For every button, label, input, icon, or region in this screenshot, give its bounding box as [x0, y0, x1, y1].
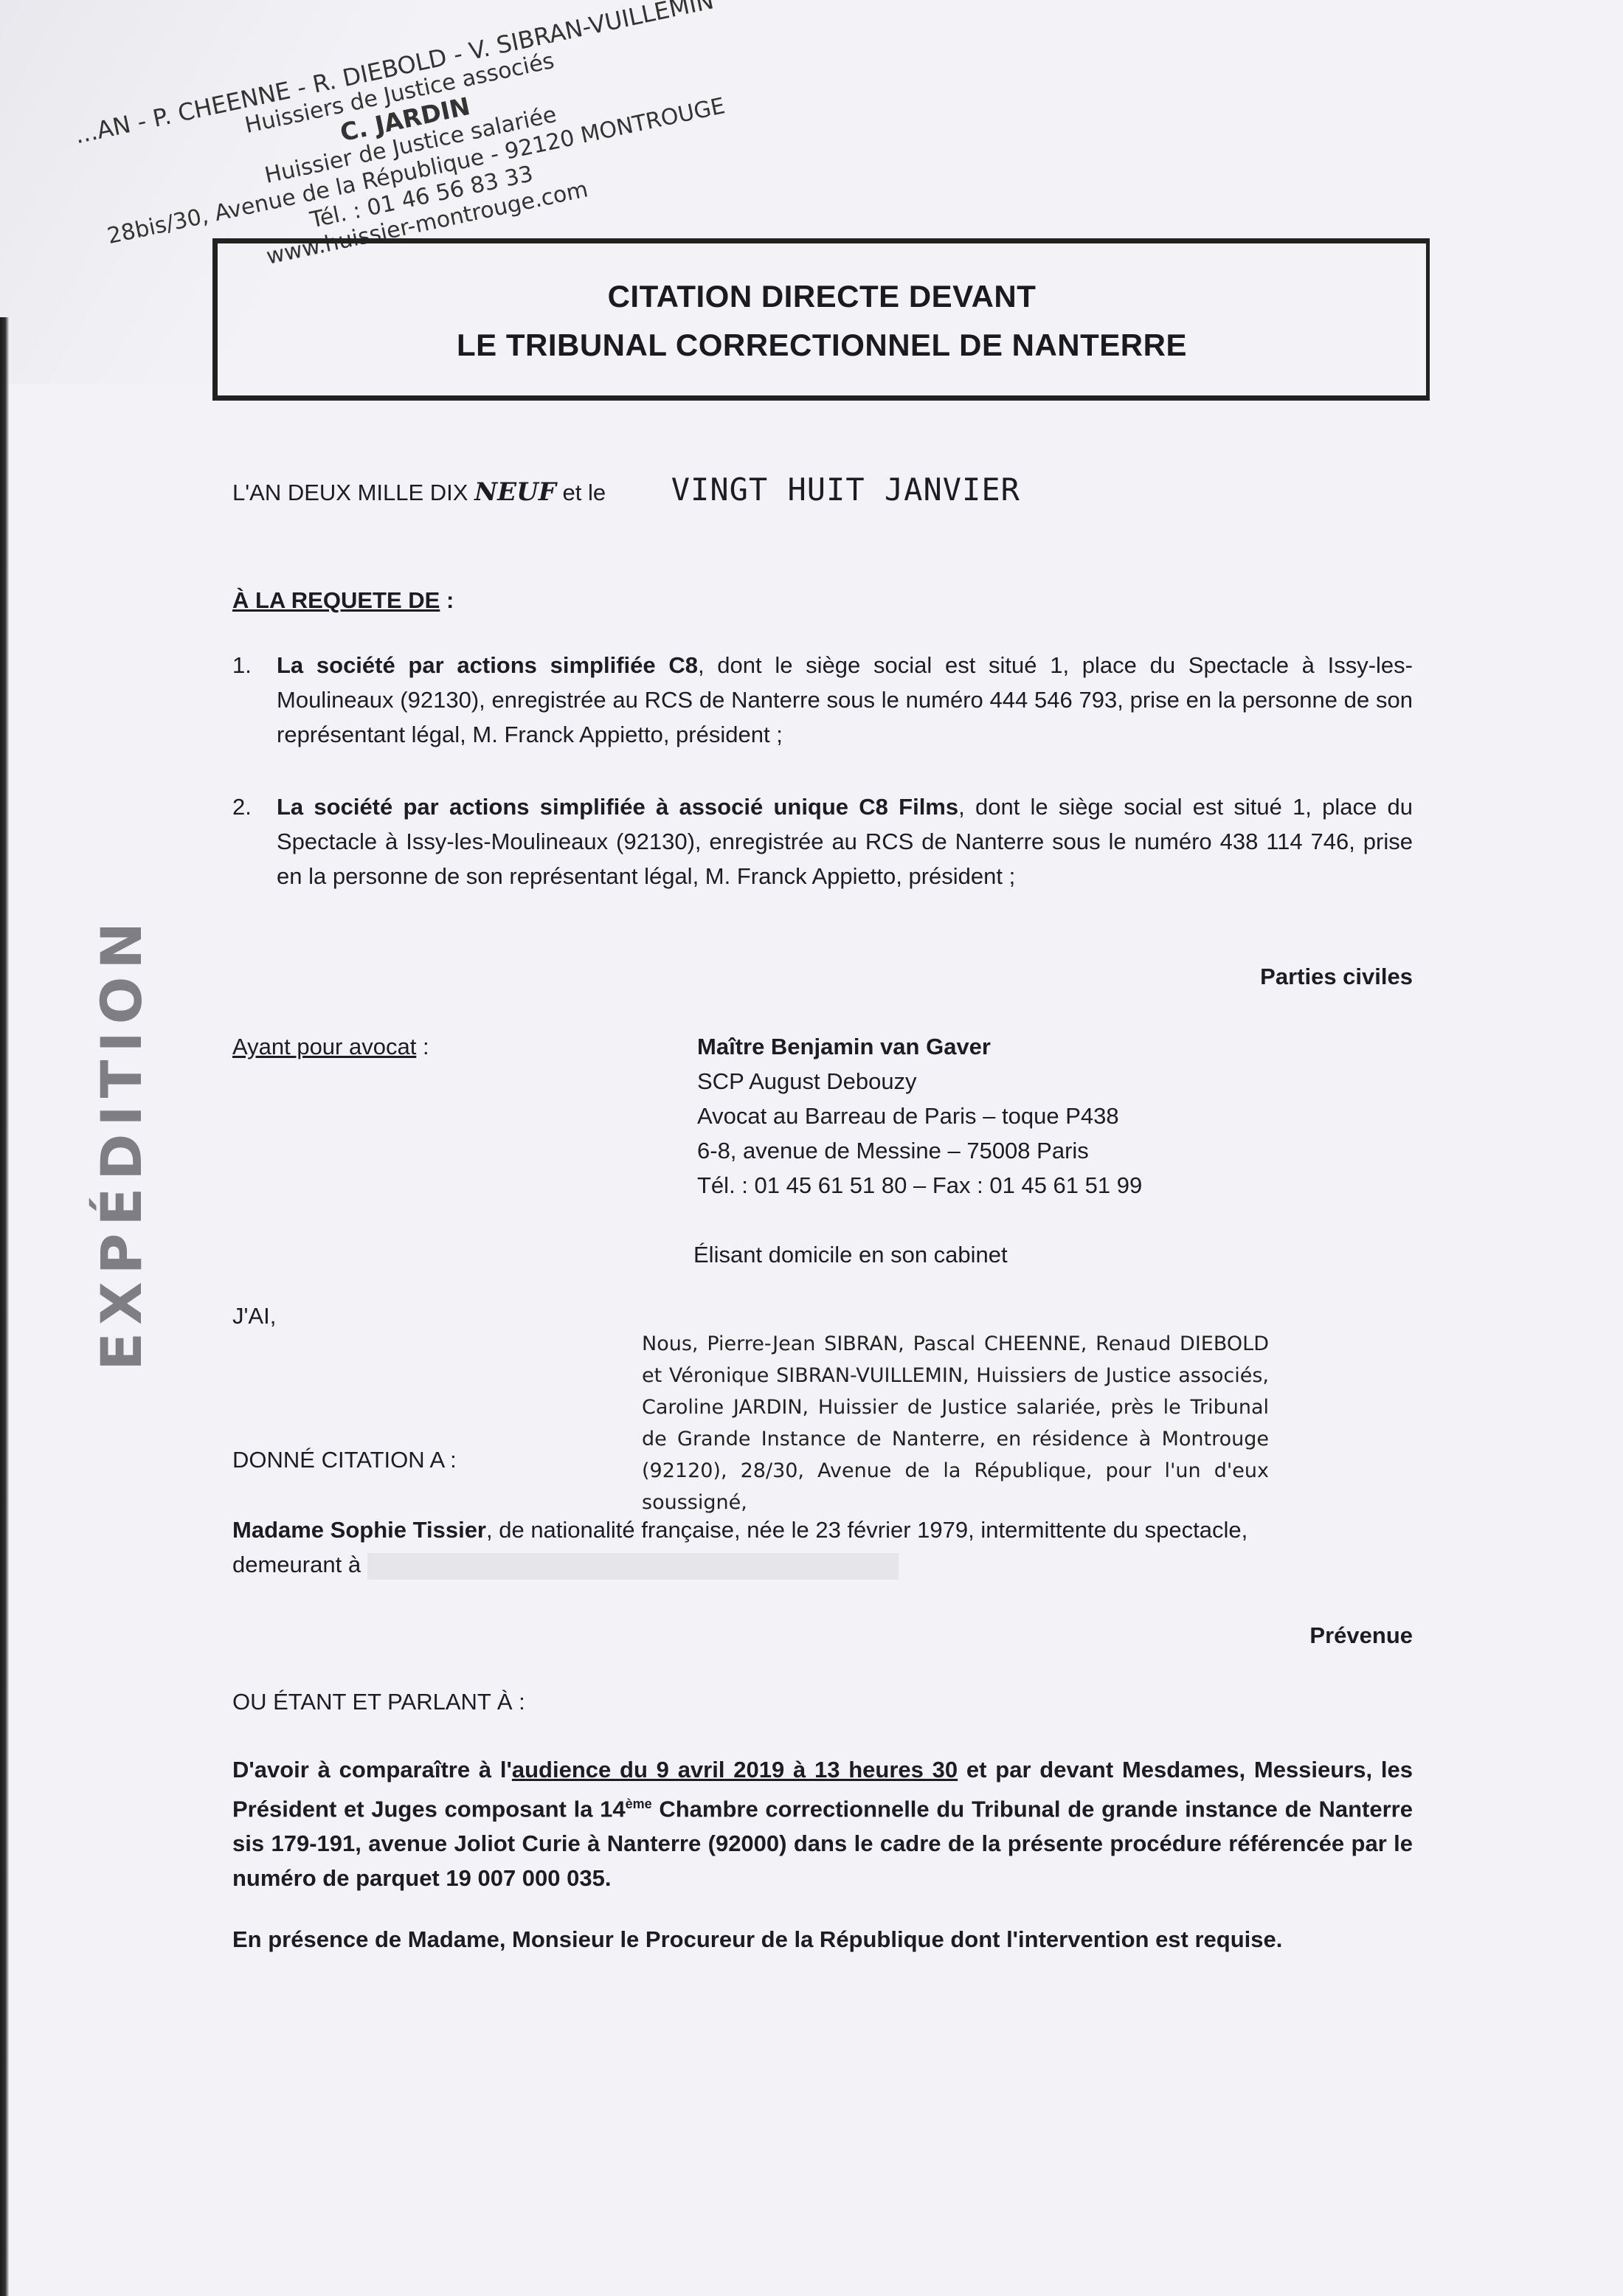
title-line-2: LE TRIBUNAL CORRECTIONNEL DE NANTERRE: [218, 328, 1426, 363]
title-line-1: CITATION DIRECTE DEVANT: [218, 279, 1426, 314]
document-title-box: CITATION DIRECTE DEVANT LE TRIBUNAL CORR…: [212, 238, 1430, 401]
lawyer-bar: Avocat au Barreau de Paris – toque P438: [697, 1099, 1142, 1133]
parties-civiles-label: Parties civiles: [232, 959, 1413, 994]
prevenue-name: Madame Sophie Tissier: [232, 1517, 486, 1543]
lawyer-address: 6-8, avenue de Messine – 75008 Paris: [697, 1133, 1142, 1168]
requete-heading: À LA REQUETE DE :: [232, 583, 1413, 618]
lawyer-phone: Tél. : 01 45 61 51 80 – Fax : 01 45 61 5…: [697, 1168, 1142, 1203]
prevenue-block: Madame Sophie Tissier, de nationalité fr…: [232, 1512, 1413, 1582]
huissier-text: Nous, Pierre-Jean SIBRAN, Pascal CHEENNE…: [642, 1328, 1269, 1518]
redacted-address: [367, 1553, 899, 1580]
colon: :: [416, 1034, 429, 1059]
party-number: 1.: [232, 648, 252, 682]
handwritten-year: NEUF: [474, 477, 556, 507]
avocat-label-text: Ayant pour avocat: [232, 1034, 416, 1059]
party-number: 2.: [232, 789, 252, 824]
prevenue-label: Prévenue: [232, 1618, 1413, 1653]
party-name: La société par actions simplifiée à asso…: [277, 794, 958, 820]
lawyer-name: Maître Benjamin van Gaver: [697, 1029, 1142, 1064]
colon: :: [440, 587, 454, 613]
date-prefix: L'AN DEUX MILLE DIX: [232, 480, 468, 505]
citation-label: DONNÉ CITATION A :: [232, 1442, 1413, 1477]
comparaitre-block: D'avoir à comparaître à l'audience du 9 …: [232, 1752, 1413, 1895]
presence-block: En présence de Madame, Monsieur le Procu…: [232, 1922, 1413, 1957]
audience-date: audience du 9 avril 2019 à 13 heures 30: [512, 1757, 958, 1782]
party-name: La société par actions simplifiée C8: [277, 652, 698, 678]
party-item: 1. La société par actions simplifiée C8,…: [232, 648, 1413, 752]
prevenue-address-label: demeurant à: [232, 1552, 361, 1577]
date-mid: et le: [563, 480, 606, 505]
superscript: ème: [626, 1797, 652, 1811]
party-item: 2. La société par actions simplifiée à a…: [232, 789, 1413, 893]
requete-heading-text: À LA REQUETE DE: [232, 587, 440, 613]
expedition-stamp: EXPÉDITION: [89, 915, 154, 1371]
prevenue-details: , de nationalité française, née le 23 fé…: [486, 1517, 1247, 1543]
scan-edge: [0, 317, 9, 2296]
comparaitre-pre: D'avoir à comparaître à l': [232, 1757, 512, 1782]
date-stamp: VINGT HUIT JANVIER: [671, 471, 1020, 508]
lawyer-block: Maître Benjamin van Gaver SCP August Deb…: [697, 1029, 1142, 1272]
parlant-label: OU ÉTANT ET PARLANT À :: [232, 1684, 1413, 1719]
lawyer-domicile: Élisant domicile en son cabinet: [693, 1237, 1142, 1272]
lawyer-firm: SCP August Debouzy: [697, 1064, 1142, 1099]
date-line: L'AN DEUX MILLE DIX NEUF et le VINGT HUI…: [232, 472, 1413, 510]
